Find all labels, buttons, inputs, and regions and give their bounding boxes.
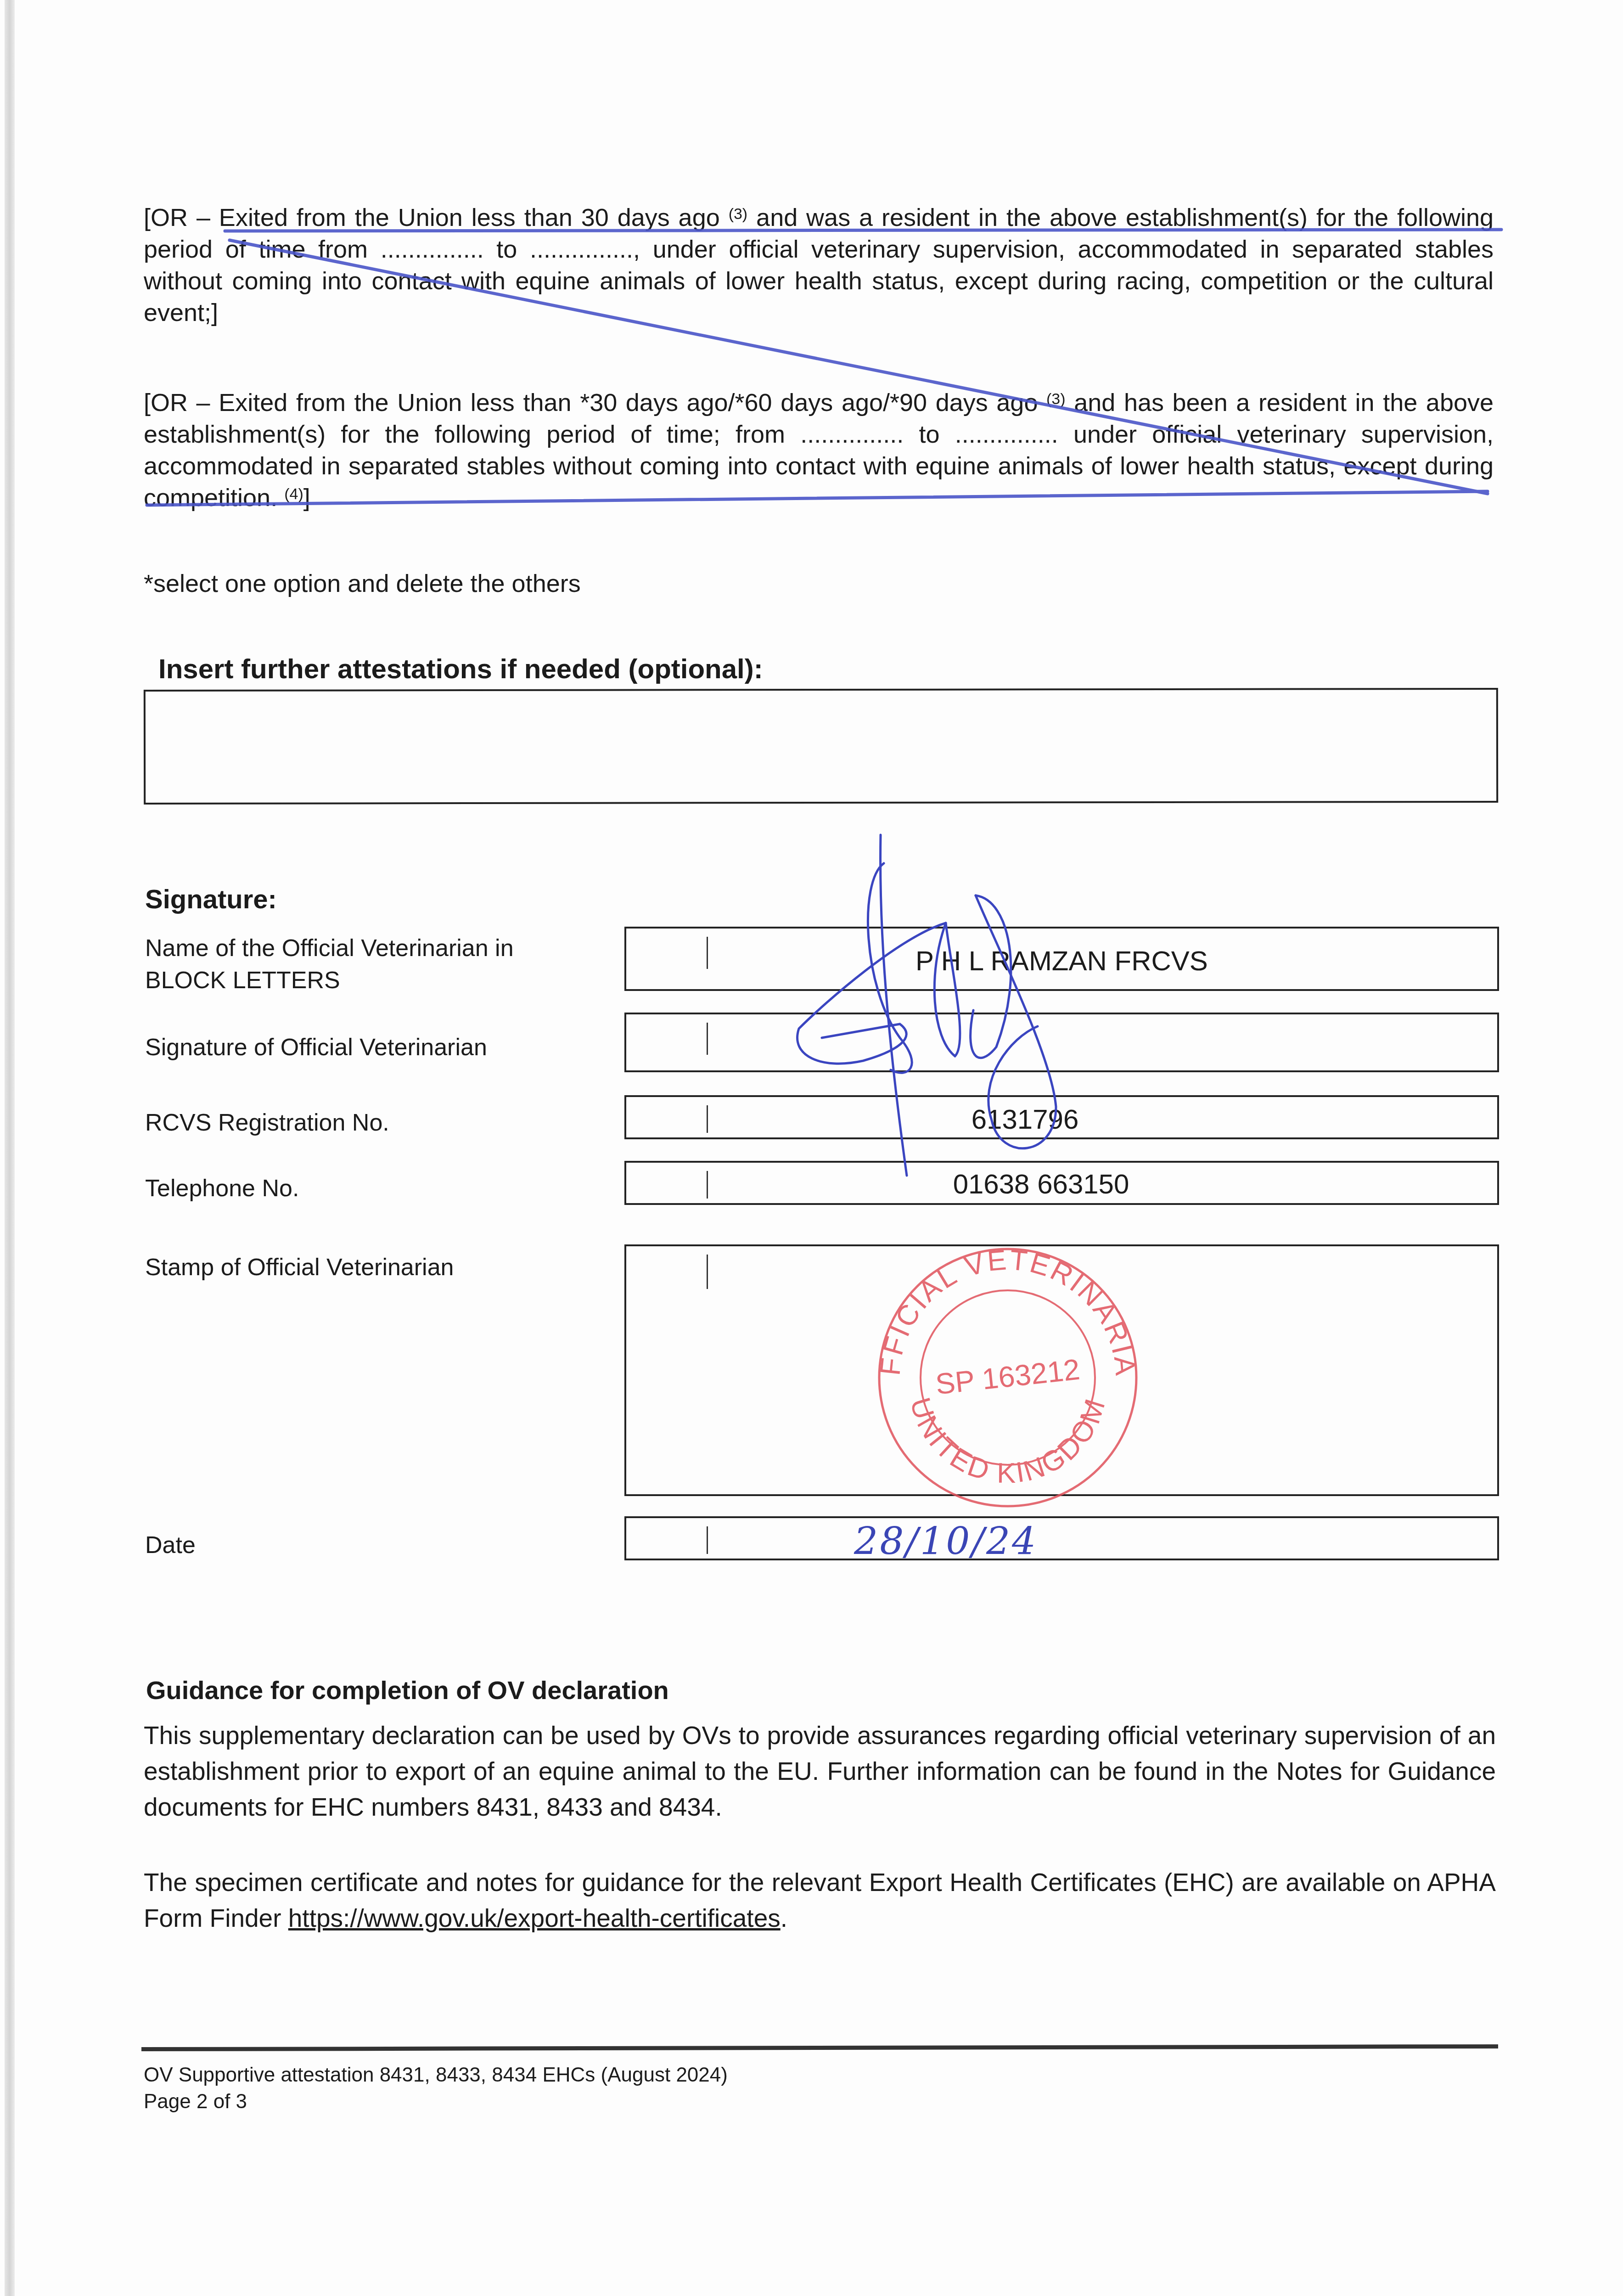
guidance-paragraph-1: This supplementary declaration can be us… bbox=[144, 1717, 1496, 1825]
telephone-label: Telephone No. bbox=[145, 1172, 299, 1204]
rcvs-value: 6131796 bbox=[626, 1103, 1497, 1135]
option-paragraph-30-days: [OR – Exited from the Union less than 30… bbox=[144, 202, 1494, 329]
guidance-heading: Guidance for completion of OV declaratio… bbox=[146, 1675, 669, 1705]
name-label: Name of the Official Veterinarian in BLO… bbox=[145, 932, 558, 996]
signature-field[interactable] bbox=[624, 1013, 1499, 1072]
date-label: Date bbox=[145, 1529, 196, 1561]
rcvs-field[interactable]: 6131796 bbox=[624, 1095, 1499, 1139]
name-field[interactable]: P H L RAMZAN FRCVS bbox=[624, 927, 1499, 991]
further-attestations-heading: Insert further attestations if needed (o… bbox=[158, 653, 763, 685]
export-health-certificates-link[interactable]: https://www.gov.uk/export-health-certifi… bbox=[288, 1904, 781, 1932]
stamp-label: Stamp of Official Veterinarian bbox=[145, 1251, 454, 1283]
footer-document-title: OV Supportive attestation 8431, 8433, 84… bbox=[144, 2062, 728, 2088]
footer-page-number: Page 2 of 3 bbox=[144, 2088, 728, 2115]
footer-divider bbox=[141, 2044, 1498, 2051]
signature-heading: Signature: bbox=[145, 884, 277, 915]
name-value: P H L RAMZAN FRCVS bbox=[626, 945, 1497, 977]
telephone-field[interactable]: 01638 663150 bbox=[624, 1161, 1499, 1205]
footnote-ref: (3) bbox=[1046, 390, 1066, 408]
field-cursor-mark bbox=[707, 1023, 708, 1055]
signature-label: Signature of Official Veterinarian bbox=[145, 1031, 487, 1064]
option-text: [OR – Exited from the Union less than *3… bbox=[144, 389, 1046, 416]
option-text-end: ] bbox=[303, 484, 310, 512]
footnote-ref: (4) bbox=[284, 485, 303, 503]
field-cursor-mark bbox=[707, 1526, 708, 1554]
footnote-ref: (3) bbox=[729, 205, 748, 223]
further-attestations-field[interactable] bbox=[144, 688, 1498, 805]
guidance-end: . bbox=[781, 1904, 787, 1932]
telephone-value: 01638 663150 bbox=[626, 1168, 1497, 1200]
select-option-note: *select one option and delete the others bbox=[144, 569, 581, 598]
rcvs-label: RCVS Registration No. bbox=[145, 1107, 389, 1139]
option-paragraph-30-60-90-days: [OR – Exited from the Union less than *3… bbox=[144, 387, 1494, 514]
field-cursor-mark bbox=[707, 1255, 708, 1289]
ink-overlay: OFFICIAL VETERINARIAN UNITED KINGDOM SP … bbox=[0, 0, 1623, 2296]
option-prefix: [OR – bbox=[144, 204, 219, 231]
option-text: Exited from the Union less than 30 days … bbox=[219, 204, 729, 231]
page-footer: OV Supportive attestation 8431, 8433, 84… bbox=[144, 2062, 728, 2115]
scan-page-edge bbox=[5, 0, 15, 2296]
guidance-paragraph-2: The specimen certificate and notes for g… bbox=[144, 1864, 1496, 1936]
date-field[interactable] bbox=[624, 1516, 1499, 1560]
handwritten-date: 28/10/24 bbox=[854, 1520, 1038, 1564]
stamp-field[interactable] bbox=[624, 1244, 1499, 1496]
